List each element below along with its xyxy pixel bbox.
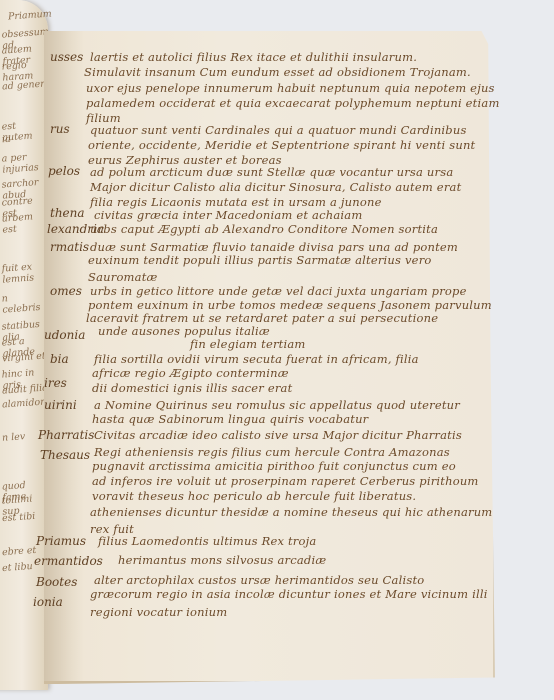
prev-page-text: virgini et xyxy=(2,350,46,364)
manuscript-line: quatuor sunt venti Cardinales qui a quat… xyxy=(90,123,467,137)
manuscript-line: pugnavit arctissima amicitia pirithoo fu… xyxy=(92,459,456,473)
manuscript-line: duæ sunt Sarmatiæ fluvio tanaide divisa … xyxy=(90,240,458,254)
prev-page-text: est tibi xyxy=(2,511,36,524)
manuscript-line: urbs in getico littore unde getæ vel dac… xyxy=(90,284,467,298)
manuscript-line: filius Laomedontis ultimus Rex troja xyxy=(98,534,316,548)
margin-label: uirini xyxy=(44,398,77,412)
margin-label: usses xyxy=(50,50,83,64)
prev-page-text: n celebris xyxy=(1,290,48,315)
manuscript-photo: Priamum obsessum ad autem frater regio h… xyxy=(0,0,554,700)
prev-page-text: urbem est xyxy=(1,210,48,235)
manuscript-line: uxor ejus penelope innumerum habuit nept… xyxy=(86,81,495,95)
margin-label: ionia xyxy=(33,595,63,609)
prev-page-text: ia xyxy=(2,134,11,146)
manuscript-line: Sauromatæ xyxy=(88,270,158,284)
manuscript-line: unde ausones populus italiæ xyxy=(98,324,270,338)
manuscript-line: fin elegiam tertiam xyxy=(190,337,306,351)
manuscript-line: hasta quæ Sabinorum lingua quiris vocaba… xyxy=(92,412,368,426)
manuscript-line: euxinum tendit populi illius partis Sarm… xyxy=(88,253,432,267)
margin-label: udonia xyxy=(44,328,85,342)
manuscript-line: Regi atheniensis regis filius cum hercul… xyxy=(94,445,450,459)
margin-label: omes xyxy=(50,284,82,298)
margin-label: ires xyxy=(44,376,67,390)
prev-page-text: audit filia xyxy=(2,382,48,396)
margin-label: thena xyxy=(50,206,85,220)
manuscript-line: regioni vocatur ionium xyxy=(90,605,227,619)
manuscript-line: palamedem occiderat et quia excaecarat p… xyxy=(86,96,500,110)
manuscript-line: athenienses dicuntur thesidæ a nomine th… xyxy=(90,505,492,519)
manuscript-line: oriente, occidente, Meridie et Septentri… xyxy=(88,138,475,152)
prev-page-text: fuit ex lemnis xyxy=(1,260,48,285)
margin-label: pelos xyxy=(48,164,80,178)
prev-page-text: Priamum xyxy=(8,8,52,22)
manuscript-line: laertis et autolici filius Rex itace et … xyxy=(90,50,417,64)
prev-page-text: alamidon xyxy=(2,396,47,410)
manuscript-line: civitas græcia inter Macedoniam et achai… xyxy=(94,208,362,222)
margin-label: bia xyxy=(50,352,69,366)
margin-label: Pharratis xyxy=(38,428,94,442)
manuscript-line: a Nomine Quirinus seu romulus sic appell… xyxy=(94,398,460,412)
margin-label: rus xyxy=(50,122,70,136)
manuscript-line: herimantus mons silvosus arcadiæ xyxy=(118,553,326,567)
prev-page-text: ad gener xyxy=(2,79,45,93)
manuscript-line: græcorum regio in asia incolæ dicuntur i… xyxy=(90,587,488,601)
margin-label: Thesaus xyxy=(40,448,90,462)
margin-label: ermantidos xyxy=(34,554,103,568)
manuscript-line: Civitas arcadiæ ideo calisto sive ursa M… xyxy=(94,428,462,442)
manuscript-line: ad polum arcticum duæ sunt Stellæ quæ vo… xyxy=(90,165,453,179)
manuscript-line: africæ regio Ægipto conterminæ xyxy=(92,366,289,380)
margin-label: Priamus xyxy=(36,534,86,548)
manuscript-line: filia sortilla ovidii virum secuta fuera… xyxy=(94,352,419,366)
manuscript-line: ad inferos ire voluit ut proserpinam rap… xyxy=(92,474,479,488)
manuscript-line: urbs caput Ægypti ab Alexandro Conditore… xyxy=(90,222,438,236)
prev-page-text: n lev xyxy=(2,431,26,444)
manuscript-line: dii domestici ignis illis sacer erat xyxy=(92,381,292,395)
manuscript-line: Major dicitur Calisto alia dicitur Sinos… xyxy=(90,180,461,194)
margin-label: rmatis xyxy=(50,240,89,254)
manuscript-line: alter arctophilax custos ursæ herimantid… xyxy=(94,573,424,587)
prev-page-text: ebre et xyxy=(2,545,37,558)
manuscript-line: Simulavit insanum Cum eundum esset ad ob… xyxy=(84,65,471,79)
manuscript-line: laceravit fratrem ut se retardaret pater… xyxy=(86,311,438,325)
prev-page-text: et libu xyxy=(2,561,33,574)
manuscript-line: voravit theseus hoc periculo ab hercule … xyxy=(92,489,416,503)
manuscript-line: filia regis Licaonis mutata est in ursam… xyxy=(90,195,382,209)
prev-page-text: a per injurias xyxy=(1,150,48,175)
manuscript-line: pontem euxinum in urbe tomos medeæ seque… xyxy=(88,298,492,312)
margin-label: Bootes xyxy=(36,575,77,589)
